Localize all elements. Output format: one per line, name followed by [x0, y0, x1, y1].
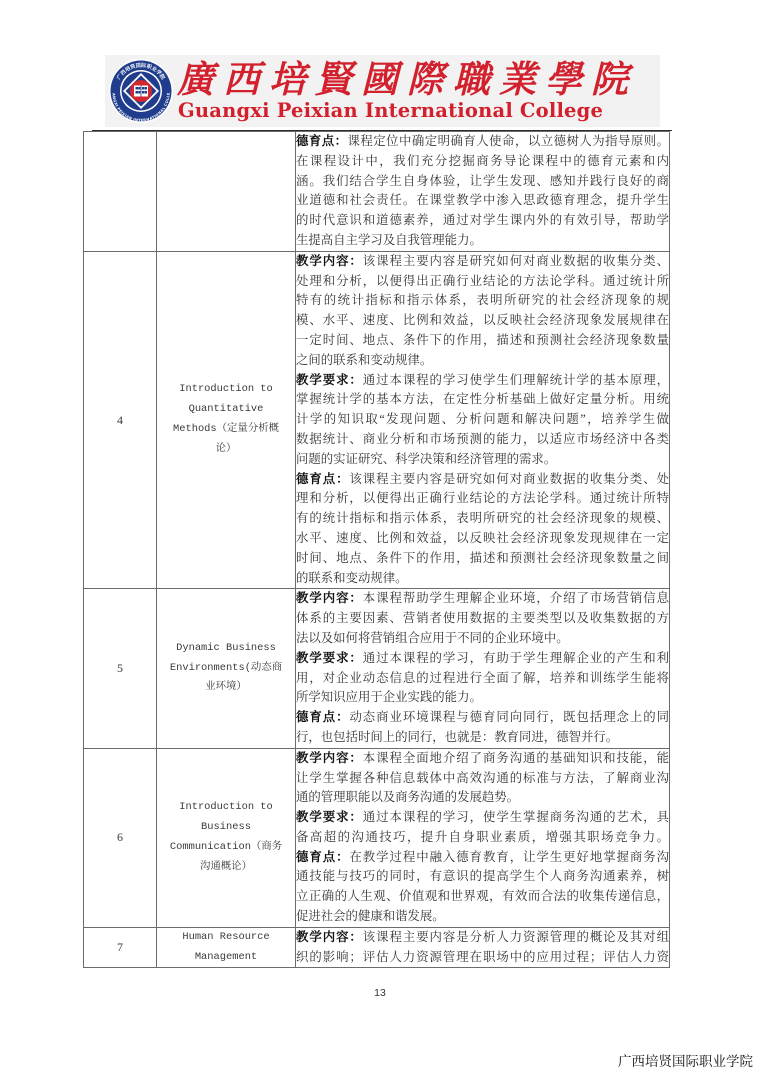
section-text: 备高超的沟通技巧，提升自身职业素质，增强其职场竞争力。	[296, 830, 669, 844]
college-name-chinese: 廣西培賢國際職業學院	[177, 59, 657, 99]
section-text: 该课程主要内容是分析人力资源管理的概论及其对组	[363, 930, 669, 944]
description-line: 问题的实证研究、科学决策和经济管理的需求。	[296, 450, 669, 470]
description-line: 备高超的沟通技巧，提升自身职业素质，增强其职场竞争力。	[296, 828, 669, 848]
description-section: 教学要求：通过本课程的学习使学生们理解统计学的基本原理，掌握统计学的基本方法，在…	[296, 371, 669, 470]
course-name-line: Introduction to	[157, 380, 295, 400]
section-text: 用，对企业动态信息的过程进行全面了解，培养和训练学生能将	[296, 671, 669, 685]
description-line: 教学内容：该课程主要内容是分析人力资源管理的概论及其对组	[296, 928, 669, 948]
description-section: 教学内容：本课程全面地介绍了商务沟通的基础知识和技能，能让学生掌握各种信息载体中…	[296, 749, 669, 808]
description-line: 所学知识应用于企业实践的能力。	[296, 688, 669, 708]
description-line: 处理和分析，以便得出正确行业结论的方法论学科。通过统计所	[296, 272, 669, 292]
section-text: 通过本课程的学习，有助于学生理解企业的产生和利	[363, 651, 669, 665]
description-line: 涵。我们结合学生自身体验，让学生发现、感知并践行良好的商	[296, 172, 669, 192]
description-line: 促进社会的健康和谐发展。	[296, 907, 669, 927]
description-line: 水平、速度、比例和效益，以反映社会经济现象发现规律在一定	[296, 529, 669, 549]
section-label: 教学要求：	[296, 373, 363, 387]
section-text: 在课程设计中，我们充分挖掘商务导论课程中的德育元素和内	[296, 154, 669, 168]
section-text: 涵。我们结合学生自身体验，让学生发现、感知并践行良好的商	[296, 174, 669, 188]
description-line: 织的影响；评估人力资源管理在职场中的应用过程；评估人力资	[296, 948, 669, 968]
description-line: 通技能与技巧的同时，有意识的提高学生个人商务沟通素养，树	[296, 867, 669, 887]
college-emblem-icon: 广西培贤国际职业学院 GUANGXI PEIXIAN INTERNATIONAL…	[108, 58, 174, 124]
description-section: 德育点：在教学过程中融入德育教育，让学生更好地掌握商务沟通技能与技巧的同时，有意…	[296, 848, 669, 927]
section-text: 之间的联系和变动规律。	[296, 353, 432, 367]
section-text: 体系的主要因素、营销者使用数据的主要类型以及收集数据的方	[296, 611, 669, 625]
course-description-cell: 教学内容：该课程主要内容是研究如何对商业数据的收集分类、处理和分析，以便得出正确…	[296, 251, 670, 589]
course-index-cell	[84, 132, 157, 252]
description-line: 体系的主要因素、营销者使用数据的主要类型以及收集数据的方	[296, 609, 669, 629]
course-name-cell: Introduction toBusinessCommunication（商务沟…	[157, 748, 296, 927]
section-text: 该课程主要内容是研究如何对商业数据的收集分类、处	[349, 472, 669, 486]
section-text: 数据统计、商业分析和市场预测的能力，以适应市场经济中各类	[296, 432, 669, 446]
course-name-cell	[157, 132, 296, 252]
description-line: 在课程设计中，我们充分挖掘商务导论课程中的德育元素和内	[296, 152, 669, 172]
description-line: 教学内容：本课程全面地介绍了商务沟通的基础知识和技能，能	[296, 749, 669, 769]
section-text: 动态商业环境课程与德育同向同行，既包括理念上的同	[349, 710, 669, 724]
description-line: 法以及如何将营销组合应用于不同的企业环境中。	[296, 629, 669, 649]
section-text: 通过本课程的学习使学生们理解统计学的基本原理，	[363, 373, 669, 387]
course-name-line: 业环境）	[157, 678, 295, 698]
description-line: 的联系和变动规律。	[296, 569, 669, 589]
course-index-cell: 7	[84, 927, 157, 968]
description-line: 教学要求：通过本课程的学习使学生们理解统计学的基本原理，	[296, 371, 669, 391]
section-text: 生提高自主学习及自我管理能力。	[296, 233, 482, 247]
section-text: 处理和分析，以便得出正确行业结论的方法论学科。通过统计所	[296, 274, 669, 288]
description-line: 用，对企业动态信息的过程进行全面了解，培养和训练学生能将	[296, 669, 669, 689]
section-label: 教学内容：	[296, 591, 363, 605]
table-row: 5Dynamic BusinessEnvironments(动态商业环境）教学内…	[84, 589, 670, 748]
section-text: 的时代意识和道德素养，通过对学生课内外的有效引导，帮助学	[296, 213, 669, 227]
description-line: 时间、地点、条件下的作用，描述和预测社会经济现象数量之间	[296, 549, 669, 569]
header-divider	[92, 130, 672, 131]
description-section: 德育点：该课程主要内容是研究如何对商业数据的收集分类、处理和分析，以便得出正确行…	[296, 470, 669, 589]
section-label: 德育点：	[296, 850, 349, 864]
description-line: 教学内容：本课程帮助学生理解企业环境，介绍了市场营销信息	[296, 589, 669, 609]
description-line: 教学要求：通过本课程的学习，使学生掌握商务沟通的艺术，具	[296, 808, 669, 828]
description-section: 教学要求：通过本课程的学习，有助于学生理解企业的产生和利用，对企业动态信息的过程…	[296, 649, 669, 708]
section-text: 理和分析，以便得出正确行业结论的方法论学科。通过统计所特	[296, 491, 669, 505]
table-row: 4Introduction toQuantitativeMethods（定量分析…	[84, 251, 670, 589]
description-line: 特有的统计指标和指示体系，表明所研究的社会经济现象的规	[296, 291, 669, 311]
section-text: 本课程全面地介绍了商务沟通的基础知识和技能，能	[363, 751, 669, 765]
section-label: 教学内容：	[296, 254, 363, 268]
page-number: 13	[360, 987, 400, 999]
section-text: 通的管理职能以及商务沟通的发展趋势。	[296, 790, 519, 804]
description-line: 通的管理职能以及商务沟通的发展趋势。	[296, 788, 669, 808]
section-text: 立正确的人生观、价值观和世界观，有效而合法的收集传递信息，	[296, 889, 669, 903]
course-index-cell: 4	[84, 251, 157, 589]
course-name-line: Communication（商务	[157, 838, 295, 858]
course-name-cell: Human ResourceManagement	[157, 927, 296, 968]
course-description-cell: 德育点：课程定位中确定明确育人使命，以立德树人为指导原则。在课程设计中，我们充分…	[296, 132, 670, 252]
course-description-cell: 教学内容：本课程全面地介绍了商务沟通的基础知识和技能，能让学生掌握各种信息载体中…	[296, 748, 670, 927]
section-text: 织的影响；评估人力资源管理在职场中的应用过程；评估人力资	[296, 950, 669, 964]
section-text: 特有的统计指标和指示体系，表明所研究的社会经济现象的规	[296, 293, 669, 307]
section-text: 有的统计指标和指示体系，表明所研究的社会经济现象的规模、	[296, 511, 669, 525]
course-name-line: 沟通概论）	[157, 858, 295, 878]
description-line: 业道德和社会责任。在课堂教学中渗入思政德育理念，提升学生	[296, 191, 669, 211]
section-label: 德育点：	[296, 710, 349, 724]
description-section: 教学内容：本课程帮助学生理解企业环境，介绍了市场营销信息体系的主要因素、营销者使…	[296, 589, 669, 648]
description-line: 掌握统计学的基本方法，在定性分析基础上做好定量分析。用统	[296, 390, 669, 410]
section-label: 教学要求：	[296, 651, 363, 665]
description-line: 行，也包括时间上的同行，也就是：教育同进，德智并行。	[296, 728, 669, 748]
section-label: 德育点：	[296, 134, 348, 148]
description-line: 模、水平、速度、比例和效益，以反映社会经济现象发展规律在	[296, 311, 669, 331]
course-name-cell: Introduction toQuantitativeMethods（定量分析概…	[157, 251, 296, 589]
section-text: 模、水平、速度、比例和效益，以反映社会经济现象发展规律在	[296, 313, 669, 327]
section-text: 课程定位中确定明确育人使命，以立德树人为指导原则。	[348, 134, 669, 148]
section-text: 一定时间、地点、条件下的作用，描述和预测社会经济现象数量	[296, 333, 669, 347]
description-line: 生提高自主学习及自我管理能力。	[296, 231, 669, 251]
course-table: 德育点：课程定位中确定明确育人使命，以立德树人为指导原则。在课程设计中，我们充分…	[83, 131, 670, 968]
description-line: 有的统计指标和指示体系，表明所研究的社会经济现象的规模、	[296, 509, 669, 529]
description-section: 教学内容：该课程主要内容是分析人力资源管理的概论及其对组织的影响；评估人力资源管…	[296, 928, 669, 968]
section-text: 促进社会的健康和谐发展。	[296, 909, 445, 923]
section-text: 水平、速度、比例和效益，以反映社会经济现象发现规律在一定	[296, 531, 669, 545]
description-line: 德育点：动态商业环境课程与德育同向同行，既包括理念上的同	[296, 708, 669, 728]
description-line: 德育点：该课程主要内容是研究如何对商业数据的收集分类、处	[296, 470, 669, 490]
section-text: 该课程主要内容是研究如何对商业数据的收集分类、	[363, 254, 669, 268]
course-description-cell: 教学内容：该课程主要内容是分析人力资源管理的概论及其对组织的影响；评估人力资源管…	[296, 927, 670, 968]
section-text: 本课程帮助学生理解企业环境，介绍了市场营销信息	[363, 591, 669, 605]
section-text: 时间、地点、条件下的作用，描述和预测社会经济现象数量之间	[296, 551, 669, 565]
course-name-cell: Dynamic BusinessEnvironments(动态商业环境）	[157, 589, 296, 748]
description-line: 教学要求：通过本课程的学习，有助于学生理解企业的产生和利	[296, 649, 669, 669]
description-section: 教学内容：该课程主要内容是研究如何对商业数据的收集分类、处理和分析，以便得出正确…	[296, 252, 669, 371]
course-index-cell: 5	[84, 589, 157, 748]
description-line: 立正确的人生观、价值观和世界观，有效而合法的收集传递信息，	[296, 887, 669, 907]
description-line: 一定时间、地点、条件下的作用，描述和预测社会经济现象数量	[296, 331, 669, 351]
description-section: 德育点：课程定位中确定明确育人使命，以立德树人为指导原则。在课程设计中，我们充分…	[296, 132, 669, 251]
course-name-line: Introduction to	[157, 798, 295, 818]
course-name-line: Management	[157, 948, 295, 968]
course-index-cell: 6	[84, 748, 157, 927]
description-line: 德育点：在教学过程中融入德育教育，让学生更好地掌握商务沟	[296, 848, 669, 868]
section-text: 行，也包括时间上的同行，也就是：教育同进，德智并行。	[296, 730, 618, 744]
section-text: 计学的知识取“发现问题、分析问题和解决问题”，培养学生做	[296, 412, 669, 426]
course-name-line: Methods（定量分析概	[157, 420, 295, 440]
course-name-line: Quantitative	[157, 400, 295, 420]
table-row: 7Human ResourceManagement教学内容：该课程主要内容是分析…	[84, 927, 670, 968]
description-section: 教学要求：通过本课程的学习，使学生掌握商务沟通的艺术，具备高超的沟通技巧，提升自…	[296, 808, 669, 848]
course-name-line: Environments(动态商	[157, 659, 295, 679]
description-line: 教学内容：该课程主要内容是研究如何对商业数据的收集分类、	[296, 252, 669, 272]
table-row: 德育点：课程定位中确定明确育人使命，以立德树人为指导原则。在课程设计中，我们充分…	[84, 132, 670, 252]
course-description-cell: 教学内容：本课程帮助学生理解企业环境，介绍了市场营销信息体系的主要因素、营销者使…	[296, 589, 670, 748]
description-line: 理和分析，以便得出正确行业结论的方法论学科。通过统计所特	[296, 489, 669, 509]
course-table-body: 德育点：课程定位中确定明确育人使命，以立德树人为指导原则。在课程设计中，我们充分…	[84, 132, 670, 968]
section-text: 让学生掌握各种信息载体中高效沟通的标准与方法，了解商业沟	[296, 771, 669, 785]
section-text: 问题的实证研究、科学决策和经济管理的需求。	[296, 452, 556, 466]
description-line: 德育点：课程定位中确定明确育人使命，以立德树人为指导原则。	[296, 132, 669, 152]
section-text: 的联系和变动规律。	[296, 571, 408, 585]
section-text: 通技能与技巧的同时，有意识的提高学生个人商务沟通素养，树	[296, 869, 669, 883]
table-row: 6Introduction toBusinessCommunication（商务…	[84, 748, 670, 927]
footer-institution-name: 广西培贤国际职业学院	[618, 1050, 753, 1070]
description-section: 德育点：动态商业环境课程与德育同向同行，既包括理念上的同行，也包括时间上的同行，…	[296, 708, 669, 748]
header-logo-banner: 广西培贤国际职业学院 GUANGXI PEIXIAN INTERNATIONAL…	[105, 55, 660, 127]
course-name-line: Human Resource	[157, 928, 295, 948]
section-label: 教学内容：	[296, 751, 363, 765]
college-name-english: Guangxi Peixian International College	[178, 99, 603, 123]
course-name-line: Dynamic Business	[157, 639, 295, 659]
section-text: 在教学过程中融入德育教育，让学生更好地掌握商务沟	[349, 850, 669, 864]
section-text: 法以及如何将营销组合应用于不同的企业环境中。	[296, 631, 569, 645]
description-line: 计学的知识取“发现问题、分析问题和解决问题”，培养学生做	[296, 410, 669, 430]
section-text: 业道德和社会责任。在课堂教学中渗入思政德育理念，提升学生	[296, 193, 669, 207]
description-line: 之间的联系和变动规律。	[296, 351, 669, 371]
section-label: 教学要求：	[296, 810, 363, 824]
description-line: 的时代意识和道德素养，通过对学生课内外的有效引导，帮助学	[296, 211, 669, 231]
section-text: 所学知识应用于企业实践的能力。	[296, 690, 482, 704]
description-line: 让学生掌握各种信息载体中高效沟通的标准与方法，了解商业沟	[296, 769, 669, 789]
course-name-line: Business	[157, 818, 295, 838]
description-line: 数据统计、商业分析和市场预测的能力，以适应市场经济中各类	[296, 430, 669, 450]
section-label: 德育点：	[296, 472, 349, 486]
course-name-line: 论）	[157, 440, 295, 460]
section-text: 掌握统计学的基本方法，在定性分析基础上做好定量分析。用统	[296, 392, 669, 406]
section-text: 通过本课程的学习，使学生掌握商务沟通的艺术，具	[363, 810, 669, 824]
section-label: 教学内容：	[296, 930, 363, 944]
